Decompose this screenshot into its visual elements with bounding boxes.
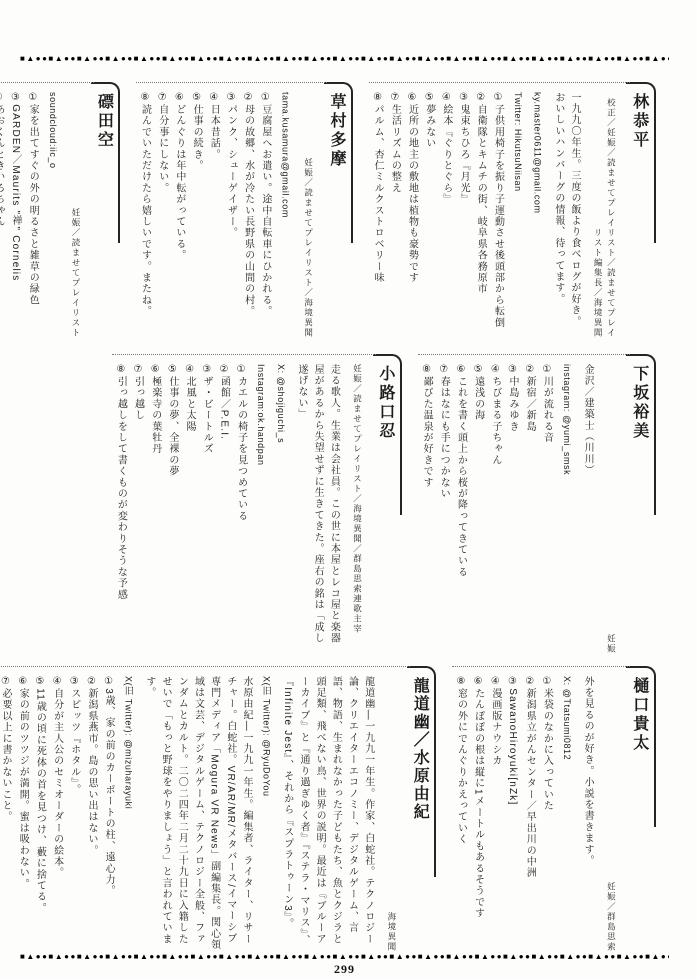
answer-item-6: ⑥たんぽぽの根は縦に1メートルもあるそうです (469, 676, 485, 952)
answer-item-8: ⑧窓の外にでんぐりかえっていく (452, 676, 468, 952)
answer-item-8: ⑧鄙びた温泉が好きです (418, 364, 434, 654)
profile-name: 龍道幽／水原由紀 (407, 666, 436, 877)
answer-item-2: ②新潟県立がんセンター／早出川の中洲 (521, 676, 537, 952)
profile-row-3: 樋口貴太 妊娠／群島思索 外を見るのが好き。小説を書きます。 X: @Ttats… (20, 666, 669, 952)
answer-item-3: ③鬼束ちひろ『月光』 (455, 92, 471, 338)
profile-kusamura-tama: 草村多摩 妊娠／読ませてプレイリスト／海境異聞 tama.kusamura@gm… (136, 82, 353, 338)
answer-item-7: ⑦必要以上に書かないこと。 (0, 676, 13, 952)
profile-name: 草村多摩 (324, 82, 353, 243)
answer-item-1: ①3歳、家の前のカーポートの柱、遠心力。 (100, 676, 116, 952)
profile-name: 林恭平 (626, 82, 655, 243)
answer-item-5: ⑤11歳の頃に死体の首を見つけ、藪に捨てる。 (31, 676, 47, 952)
answer-item-5: ⑤夢みない (421, 92, 437, 338)
profile-bio: 外を見るのが好き。小説を書きます。 (579, 676, 595, 952)
profile-bio-mizuhara: 水原由紀―一九九一年生。編集者、ライター、リサーチャー。白蛇社。VR/AR/MR… (141, 676, 254, 952)
answer-item-3: ③ザ・ビートルズ (198, 364, 214, 654)
answer-item-1: ①米袋のなかに入っていた (538, 676, 554, 952)
answer-item-4: ④日本昔話。 (205, 92, 221, 338)
answer-item-2: ②母の故郷、水が冷たい長野県の山間の村。 (239, 92, 255, 338)
profile-bio: 金沢／建築士（川川） (579, 364, 595, 654)
answer-item-3: ③中島みゆき (504, 364, 520, 654)
answer-item-4: ④ちびまる子ちゃん (487, 364, 503, 654)
bottom-border-ornament: ■▲●●■▲●●■▲●●■▲●●■▲●●■▲●●■▲●●■▲●●■▲●●■▲●●… (20, 952, 669, 960)
answer-item-2: ②函館／P.E.I. (215, 364, 231, 654)
profile-hyoda-sora: 磦田空 妊娠／読ませてプレイリスト soundcloud:iic_o ①家を出て… (0, 82, 120, 338)
answer-item-3: ③スピッツ『ホタル』。 (66, 676, 82, 952)
profile-row-1: 林恭平 校正／妊娠／読ませてプレイリスト／読ませてプレイリスト編集長／海境異聞 … (20, 82, 669, 338)
answer-item-4: ④絵本『ぐりとぐら』 (438, 92, 454, 338)
profile-roles: 校正／妊娠／読ませてプレイリスト／読ませてプレイリスト編集長／海境異聞 (591, 92, 617, 338)
answer-item-2: ②新宿／新島 (521, 364, 537, 654)
answer-item-1: ①川が流れる音 (538, 364, 554, 654)
answer-item-7: ⑦自分事にしない。 (154, 92, 170, 338)
answer-item-7: ⑦引っ越し (129, 364, 145, 654)
book-page: ■▲●●■▲●●■▲●●■▲●●■▲●●■▲●●■▲●●■▲●●■▲●●■▲●●… (0, 0, 697, 979)
answer-item-3: ③SawanoHiroyuki[nZk] (504, 676, 520, 952)
profile-name: 磦田空 (91, 82, 120, 243)
profile-roles: 妊娠 (604, 364, 617, 654)
answer-item-4: ④自分が主人公のセミオーダーの絵本。 (48, 676, 64, 952)
answer-item-6: ⑥これを書く頭上から桜が降ってきている (452, 364, 468, 654)
profile-roles: 妊娠／読ませてプレイリスト／海境異聞／群島思索連歌主宰 (350, 364, 363, 654)
answer-item-5: ⑤遠浅の海 (469, 364, 485, 654)
profile-email: ky.master0611@gmail.com (530, 92, 545, 338)
top-border-ornament: ■▲●●■▲●●■▲●●■▲●●■▲●●■▲●●■▲●●■▲●●■▲●●■▲●●… (20, 54, 669, 62)
profile-email: tama.kusamura@gmail.com (278, 92, 293, 338)
page-number: 299 (20, 959, 669, 979)
answer-item-5: ⑤仕事の夢、全裸の夢 (164, 364, 180, 654)
answer-item-7: ⑦生活リズムの整え (386, 92, 402, 338)
answer-item-6: ⑥近所の地主の敷地は植物も豪勢です (403, 92, 419, 338)
answer-item-4: ④漫画版ナウシカ (487, 676, 503, 952)
answer-item-4: ④北風と太陽 (181, 364, 197, 654)
profile-x-handle: X: @shojiguchi_s (273, 364, 288, 654)
profile-name: 下坂裕美 (626, 354, 655, 515)
answer-item-5: ⑤仕事の続き。 (188, 92, 204, 338)
profile-row-2: 下坂裕美 妊娠 金沢／建築士（川川） instagram: @yumi_smsk… (20, 354, 669, 654)
answer-item-8: ⑧読んでいただけたら嬉しいです。またね。 (136, 92, 152, 338)
answer-item-3: ③GARDEN／Maurits "禅" Cornelis (7, 92, 23, 338)
answer-item-4: ④あおくんときいろちゃん (0, 92, 6, 338)
answer-item-2: ②自衛隊とキムチの街、岐阜県各務原市 (472, 92, 488, 338)
page-content: 林恭平 校正／妊娠／読ませてプレイリスト／読ませてプレイリスト編集長／海境異聞 … (20, 62, 669, 952)
profile-name: 樋口貴太 (626, 666, 655, 827)
profile-roles: 妊娠／読ませてプレイリスト／海境異聞 (301, 92, 314, 338)
profile-name: 小路口忍 (373, 354, 402, 515)
answer-item-1: ①カエルの椅子を見つめている (232, 364, 248, 654)
profile-soundcloud: soundcloud:iic_o (45, 92, 60, 338)
answer-item-1: ①豆腐屋へお遣い。途中自転車にひかれる。 (257, 92, 273, 338)
profile-instagram: instagram: @yumi_smsk (559, 364, 574, 654)
profile-bio-ryudo: 龍道幽―一九九一年生。作家、白蛇社。テクノロジー論、クリエイターエコノミー、デジ… (279, 676, 376, 952)
answer-item-1: ①家を出てすぐの外の明るさと雑草の緑色 (24, 92, 40, 338)
answer-item-6: ⑥家の前のツツジが満開。蜜は吸わない。 (14, 676, 30, 952)
profile-roles: 海境異聞 (385, 676, 398, 952)
profile-roles: 妊娠／読ませてプレイリスト (69, 92, 82, 338)
answer-item-3: ③パンク、シューゲイザー。 (222, 92, 238, 338)
profile-shojiguchi-shinobu: 小路口忍 妊娠／読ませてプレイリスト／海境異聞／群島思索連歌主宰 走る歌人。生業… (112, 354, 402, 654)
answer-item-7: ⑦春はなにも手につかない (435, 364, 451, 654)
profile-instagram: Instagram:ok.handpan (254, 364, 269, 654)
profile-x-handle: X: @Ttatsumi0812 (559, 676, 574, 952)
answer-item-6: ⑥どんぐりは年中転がっている。 (171, 92, 187, 338)
answer-item-1: ①子供用椅子を振り子運動させ後頭部から転倒 (489, 92, 505, 338)
answer-item-6: ⑥極楽寺の葉牡丹 (147, 364, 163, 654)
answer-item-8: ⑧パルム、杏仁ミルクストロベリー味 (369, 92, 385, 338)
answer-item-2: ②新潟県燕市。島の思い出はない。 (83, 676, 99, 952)
profile-roles: 妊娠／群島思索 (604, 676, 617, 952)
profile-twitter: Twitter: HikutsuNiisan (510, 92, 525, 338)
profile-ryudo-yu-mizuhara-yuki: 龍道幽／水原由紀 海境異聞 龍道幽―一九九一年生。作家、白蛇社。テクノロジー論、… (0, 666, 436, 952)
profile-higuchi-takata: 樋口貴太 妊娠／群島思索 外を見るのが好き。小説を書きます。 X: @Ttats… (452, 666, 655, 952)
profile-x-handle-ryudo: X(旧 Twitter): @RyuDoYou (259, 676, 274, 952)
profile-x-handle-mizuhara: X(旧 Twitter): @mizuharayuki (121, 676, 136, 952)
profile-shimosaka-yumi: 下坂裕美 妊娠 金沢／建築士（川川） instagram: @yumi_smsk… (418, 354, 656, 654)
profile-hayashi-kyohei: 林恭平 校正／妊娠／読ませてプレイリスト／読ませてプレイリスト編集長／海境異聞 … (369, 82, 656, 338)
answer-item-8: ⑧引っ越しをして書くものが変わりそうな予感 (112, 364, 128, 654)
profile-bio: 走る歌人。生業は会社員。この世に本屋とレコ屋と楽器屋があるから失望せずに生きてき… (293, 364, 342, 654)
profile-bio: 一九九〇年生。三度の飯より食べログが好き。おいしいハンバーグの情報、待ってます。 (550, 92, 582, 338)
